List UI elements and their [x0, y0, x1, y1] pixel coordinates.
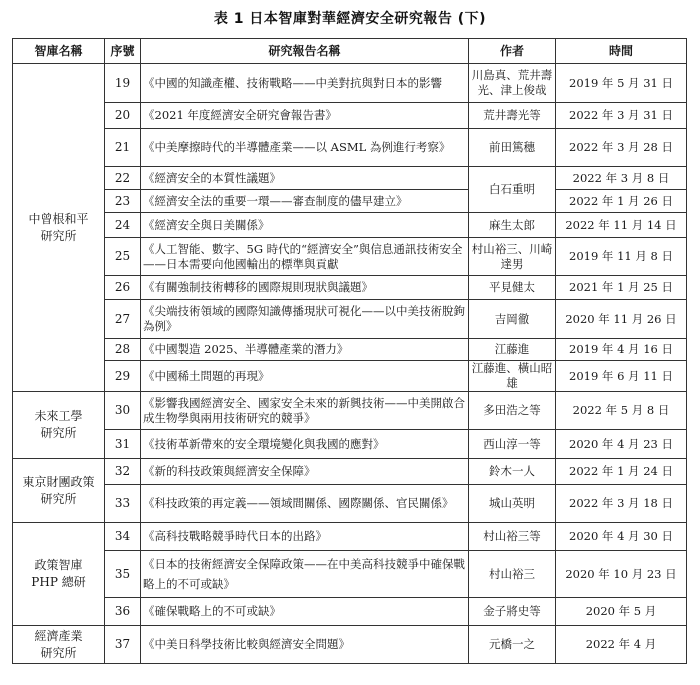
header-title: 研究報告名稱: [141, 39, 469, 64]
row-number: 37: [105, 626, 141, 664]
report-date: 2019 年 6 月 11 日: [556, 361, 687, 392]
report-date: 2022 年 3 月 31 日: [556, 103, 687, 129]
table-row: 20 《2021 年度經濟安全研究會報告書》 荒井壽光等 2022 年 3 月 …: [13, 103, 687, 129]
row-number: 28: [105, 339, 141, 361]
report-date: 2022 年 11 月 14 日: [556, 213, 687, 238]
report-title: 《經濟安全與日美關係》: [141, 213, 469, 238]
org-cell: 政策智庫 PHP 總研: [13, 523, 105, 626]
row-number: 20: [105, 103, 141, 129]
table-row: 未來工學 研究所 30 《影響我國經濟安全、國家安全未來的新興技術——中美開啟合…: [13, 392, 687, 430]
table-row: 23 《經濟安全法的重要一環——審查制度的儘早建立》 2022 年 1 月 26…: [13, 190, 687, 213]
row-number: 29: [105, 361, 141, 392]
report-author: 川島真、荒井壽光、津上俊哉: [469, 64, 556, 103]
row-number: 21: [105, 129, 141, 167]
report-author: 荒井壽光等: [469, 103, 556, 129]
report-date: 2020 年 4 月 23 日: [556, 430, 687, 459]
report-title: 《中國的知識產權、技術戰略——中美對抗與對日本的影響: [141, 64, 469, 103]
report-title: 《經濟安全的本質性議題》: [141, 167, 469, 190]
report-author: 金子將史等: [469, 598, 556, 626]
row-number: 26: [105, 276, 141, 300]
row-number: 23: [105, 190, 141, 213]
org-cell: 中曾根和平 研究所: [13, 64, 105, 392]
report-author: 西山淳一等: [469, 430, 556, 459]
table-row: 29 《中國稀土問題的再現》 江藤進、橫山昭雄 2019 年 6 月 11 日: [13, 361, 687, 392]
row-number: 19: [105, 64, 141, 103]
report-date: 2020 年 4 月 30 日: [556, 523, 687, 551]
report-date: 2019 年 11 月 8 日: [556, 238, 687, 276]
row-number: 35: [105, 551, 141, 598]
report-title: 《中國稀土問題的再現》: [141, 361, 469, 392]
table-row: 東京財團政策 研究所 32 《新的科技政策與經濟安全保障》 鈴木一人 2022 …: [13, 459, 687, 485]
row-number: 33: [105, 485, 141, 523]
table-row: 36 《確保戰略上的不可或缺》 金子將史等 2020 年 5 月: [13, 598, 687, 626]
org-cell: 東京財團政策 研究所: [13, 459, 105, 523]
report-author: 平見健太: [469, 276, 556, 300]
report-title: 《新的科技政策與經濟安全保障》: [141, 459, 469, 485]
report-date: 2022 年 3 月 28 日: [556, 129, 687, 167]
report-title: 《中美摩擦時代的半導體產業——以 ASML 為例進行考察》: [141, 129, 469, 167]
report-author: 村山裕三: [469, 551, 556, 598]
report-title: 《經濟安全法的重要一環——審查制度的儘早建立》: [141, 190, 469, 213]
report-author: 吉岡徹: [469, 300, 556, 339]
table-row: 26 《有關強制技術轉移的國際規則現狀與議題》 平見健太 2021 年 1 月 …: [13, 276, 687, 300]
report-date: 2019 年 4 月 16 日: [556, 339, 687, 361]
table-row: 33 《科技政策的再定義——領域間關係、國際關係、官民關係》 城山英明 2022…: [13, 485, 687, 523]
row-number: 27: [105, 300, 141, 339]
report-title: 《高科技戰略競爭時代日本的出路》: [141, 523, 469, 551]
row-number: 25: [105, 238, 141, 276]
row-number: 22: [105, 167, 141, 190]
row-number: 30: [105, 392, 141, 430]
report-author: 多田浩之等: [469, 392, 556, 430]
header-row: 智庫名稱 序號 研究報告名稱 作者 時間: [13, 39, 687, 64]
report-title: 《影響我國經濟安全、國家安全未來的新興技術——中美開啟合成生物學與兩用技術研究的…: [141, 392, 469, 430]
report-author: 江藤進、橫山昭雄: [469, 361, 556, 392]
report-author: 前田篤穗: [469, 129, 556, 167]
report-title: 《日本的技術經濟安全保障政策——在中美高科技競爭中確保戰略上的不可或缺》: [141, 551, 469, 598]
table-caption: 表 1 日本智庫對華經濟安全研究報告 (下): [0, 8, 700, 28]
table-row: 24 《經濟安全與日美關係》 麻生太郎 2022 年 11 月 14 日: [13, 213, 687, 238]
table-row: 中曾根和平 研究所 19 《中國的知識產權、技術戰略——中美對抗與對日本的影響 …: [13, 64, 687, 103]
table-row: 25 《人工智能、數字、5G 時代的“經濟安全”與信息通訊技術安全——日本需要向…: [13, 238, 687, 276]
row-number: 31: [105, 430, 141, 459]
report-date: 2022 年 3 月 8 日: [556, 167, 687, 190]
org-cell: 未來工學 研究所: [13, 392, 105, 459]
report-title: 《科技政策的再定義——領域間關係、國際關係、官民關係》: [141, 485, 469, 523]
report-date: 2022 年 5 月 8 日: [556, 392, 687, 430]
report-author: 村山裕三等: [469, 523, 556, 551]
table-row: 政策智庫 PHP 總研 34 《高科技戰略競爭時代日本的出路》 村山裕三等 20…: [13, 523, 687, 551]
report-author: 元橋一之: [469, 626, 556, 664]
report-date: 2022 年 3 月 18 日: [556, 485, 687, 523]
report-author: 城山英明: [469, 485, 556, 523]
header-date: 時間: [556, 39, 687, 64]
row-number: 34: [105, 523, 141, 551]
report-title: 《中國製造 2025、半導體產業的潛力》: [141, 339, 469, 361]
report-date: 2021 年 1 月 25 日: [556, 276, 687, 300]
table-row: 21 《中美摩擦時代的半導體產業——以 ASML 為例進行考察》 前田篤穗 20…: [13, 129, 687, 167]
table-row: 27 《尖端技術領域的國際知識傳播現狀可視化——以中美技術脫鉤為例》 吉岡徹 2…: [13, 300, 687, 339]
report-author: 白石重明: [469, 167, 556, 213]
row-number: 24: [105, 213, 141, 238]
row-number: 36: [105, 598, 141, 626]
table-row: 31 《技術革新帶來的安全環境變化與我國的應對》 西山淳一等 2020 年 4 …: [13, 430, 687, 459]
report-author: 村山裕三、川崎達男: [469, 238, 556, 276]
report-title: 《人工智能、數字、5G 時代的“經濟安全”與信息通訊技術安全——日本需要向他國輸…: [141, 238, 469, 276]
report-title: 《確保戰略上的不可或缺》: [141, 598, 469, 626]
report-title: 《中美日科學技術比較與經濟安全問題》: [141, 626, 469, 664]
report-date: 2020 年 5 月: [556, 598, 687, 626]
org-cell: 經濟產業 研究所: [13, 626, 105, 664]
report-date: 2020 年 10 月 23 日: [556, 551, 687, 598]
header-org: 智庫名稱: [13, 39, 105, 64]
report-title: 《技術革新帶來的安全環境變化與我國的應對》: [141, 430, 469, 459]
report-title: 《有關強制技術轉移的國際規則現狀與議題》: [141, 276, 469, 300]
report-title: 《2021 年度經濟安全研究會報告書》: [141, 103, 469, 129]
table-row: 22 《經濟安全的本質性議題》 白石重明 2022 年 3 月 8 日: [13, 167, 687, 190]
report-date: 2022 年 4 月: [556, 626, 687, 664]
report-date: 2019 年 5 月 31 日: [556, 64, 687, 103]
header-no: 序號: [105, 39, 141, 64]
report-author: 鈴木一人: [469, 459, 556, 485]
report-date: 2022 年 1 月 24 日: [556, 459, 687, 485]
report-date: 2022 年 1 月 26 日: [556, 190, 687, 213]
table-row: 28 《中國製造 2025、半導體產業的潛力》 江藤進 2019 年 4 月 1…: [13, 339, 687, 361]
report-title: 《尖端技術領域的國際知識傳播現狀可視化——以中美技術脫鉤為例》: [141, 300, 469, 339]
table-row: 經濟產業 研究所 37 《中美日科學技術比較與經濟安全問題》 元橋一之 2022…: [13, 626, 687, 664]
report-author: 麻生太郎: [469, 213, 556, 238]
report-author: 江藤進: [469, 339, 556, 361]
report-table: 智庫名稱 序號 研究報告名稱 作者 時間 中曾根和平 研究所 19 《中國的知識…: [12, 38, 687, 664]
header-author: 作者: [469, 39, 556, 64]
row-number: 32: [105, 459, 141, 485]
table-row: 35 《日本的技術經濟安全保障政策——在中美高科技競爭中確保戰略上的不可或缺》 …: [13, 551, 687, 598]
report-date: 2020 年 11 月 26 日: [556, 300, 687, 339]
